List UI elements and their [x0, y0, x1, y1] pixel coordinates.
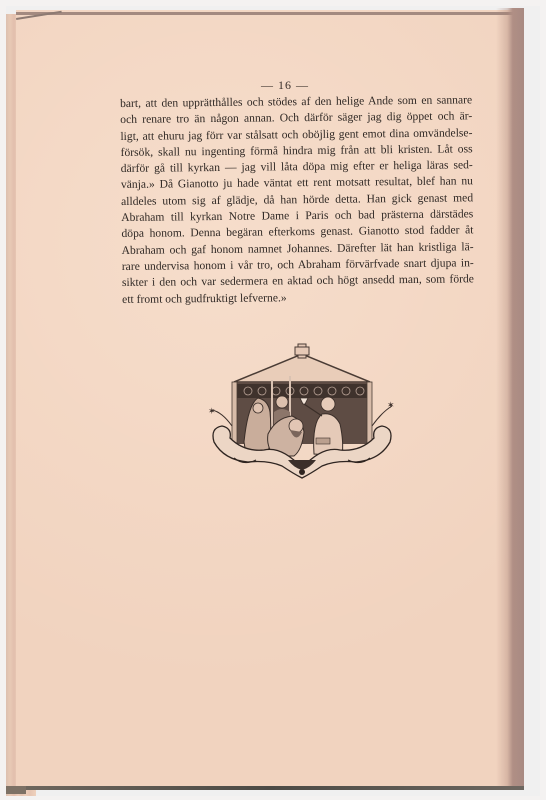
page-top-edge [16, 12, 524, 15]
svg-text:✶: ✶ [208, 406, 216, 416]
baptism-engraving-icon: ✶ ✶ [204, 342, 400, 480]
page-number: — 16 — [250, 78, 320, 93]
svg-text:✶: ✶ [387, 400, 395, 410]
page-bottom-edge [16, 786, 524, 790]
edge-bottom-mark [6, 786, 26, 794]
body-text: bart, att den upprätthålles och stödes a… [120, 92, 474, 308]
gutter-shadow [496, 8, 524, 790]
